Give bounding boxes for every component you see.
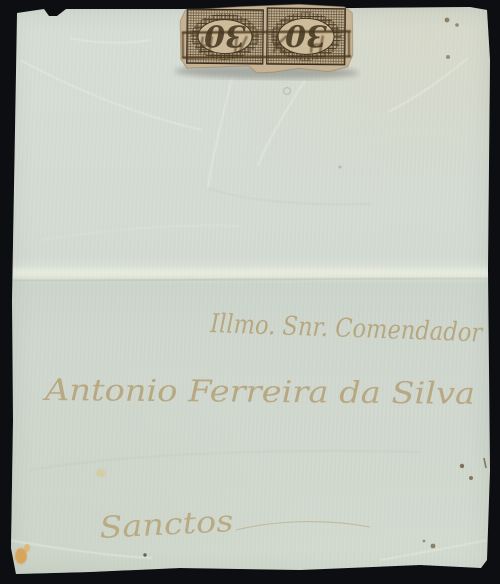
stamp-left: 30 xyxy=(187,9,264,64)
cancel-bottom-rule xyxy=(182,56,351,57)
stamp-pair: 30 30 xyxy=(0,0,500,584)
photo-backdrop: Illmo. Snr. Comendador Antonio Ferreira … xyxy=(0,0,500,584)
cancel-top-rule xyxy=(182,31,351,32)
